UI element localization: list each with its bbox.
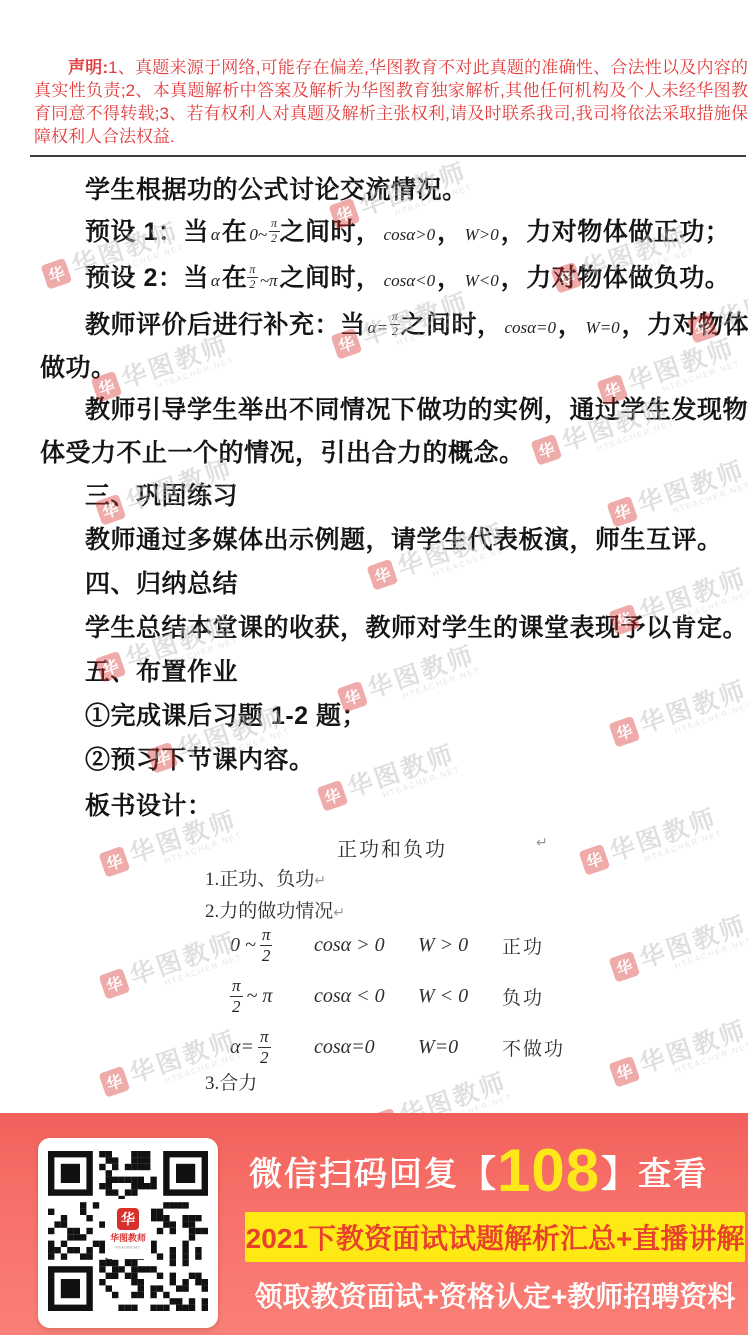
huatu-watermark: 华华图教师HTEACHER.NET	[608, 1018, 748, 1095]
huatu-watermark: 华华图教师HTEACHER.NET	[578, 806, 723, 883]
huatu-logo-icon: 华	[40, 258, 72, 290]
huatu-logo-icon: 华	[608, 951, 640, 983]
body-line: 做功。	[40, 348, 117, 384]
divider-line	[30, 155, 746, 157]
board-item: 2.力的做功情况↵	[205, 896, 345, 923]
wechat-instruction-suffix: 查看	[638, 1148, 708, 1195]
body-line: 预设 1：当α在0~π2之间时，cosα>0，W>0，力对物体做正功；	[85, 212, 730, 248]
body-line: 教师通过多媒体出示例题，请学生代表板演，师生互评。	[85, 520, 723, 556]
body-line: ①完成课后习题 1-2 题；	[85, 696, 367, 732]
huatu-logo-icon: 华	[98, 846, 130, 878]
disclaimer-text: 声明:1、真题来源于网络,可能存在偏差,华图教育不对此真题的准确性、合法性以及内…	[34, 56, 748, 148]
board-math-row: π2~ πcosα < 0W < 0负功	[230, 971, 544, 1021]
huatu-logo-icon: 华	[608, 1056, 640, 1088]
body-line: 四、归纳总结	[85, 564, 238, 600]
huatu-logo-icon: 华	[98, 1066, 130, 1098]
paragraph-mark-icon: ↵	[536, 835, 548, 851]
body-line: 学生根据功的公式讨论交流情况。	[85, 170, 468, 206]
huatu-watermark: 华华图教师HTEACHER.NET	[608, 678, 748, 755]
body-line: ②预习下节课内容。	[85, 740, 315, 776]
banner-text-column: 微信扫码回复 【 108 】 查看 2021下教资面试试题解析汇总+直播讲解 领…	[245, 1113, 747, 1335]
qr-center-logo: 华 华图教师 HTEACHER.NET	[105, 1199, 151, 1259]
promo-line: 领取教资面试+资格认定+教师招聘资料	[245, 1273, 745, 1317]
bracket-close: 】	[601, 1146, 637, 1197]
qr-code: 华 华图教师 HTEACHER.NET	[38, 1138, 218, 1328]
huatu-logo-icon: 华	[578, 844, 610, 876]
body-line: 三、巩固练习	[85, 476, 238, 512]
reply-code: 108	[497, 1141, 600, 1201]
huatu-logo-icon: 华	[608, 716, 640, 748]
huatu-logo-icon: 华	[98, 968, 130, 1000]
footer-banner: 华 华图教师 HTEACHER.NET 微信扫码回复 【 108 】 查看 20…	[0, 1113, 748, 1335]
body-line: 五、布置作业	[85, 652, 238, 688]
paragraph-mark-icon: ↵	[333, 905, 345, 921]
qr-logo-sub: HTEACHER.NET	[116, 1246, 141, 1250]
huatu-logo-icon: 华	[117, 1208, 139, 1230]
body-line: 板书设计：	[85, 786, 213, 822]
board-math-row: α=π2cosα=0W=0不做功	[230, 1022, 565, 1072]
bracket-open: 【	[460, 1146, 496, 1197]
body-line: 教师引导学生举出不同情况下做功的实例，通过学生发现物	[85, 390, 748, 426]
qr-logo-name: 华图教师	[110, 1231, 146, 1244]
huatu-watermark: 华华图教师HTEACHER.NET	[316, 742, 461, 819]
body-line: 预设 2：当α在π2~π之间时，cosα<0，W<0，力对物体做负功。	[85, 258, 730, 294]
board-math-row: 0 ~π2cosα > 0W > 0正功	[230, 920, 544, 970]
body-line: 教师评价后进行补充：当α=π2之间时，cosα=0，W=0，力对物体不	[85, 305, 748, 341]
promo-highlight: 2021下教资面试试题解析汇总+直播讲解	[245, 1212, 745, 1262]
huatu-watermark: 华华图教师HTEACHER.NET	[98, 930, 243, 1007]
disclaimer-body: 1、真题来源于网络,可能存在偏差,华图教育不对此真题的准确性、合法性以及内容的真…	[34, 58, 748, 146]
board-item: 1.正功、负功↵	[205, 864, 326, 891]
disclaimer-label: 声明:	[68, 58, 108, 77]
huatu-logo-icon: 华	[366, 559, 398, 591]
board-item-3: 3.合力	[205, 1068, 257, 1095]
paragraph-mark-icon: ↵	[314, 873, 326, 889]
wechat-instruction-prefix: 微信扫码回复	[249, 1148, 459, 1195]
body-line: 学生总结本堂课的收获，教师对学生的课堂表现予以肯定。	[85, 608, 748, 644]
huatu-watermark: 华华图教师HTEACHER.NET	[608, 913, 748, 990]
document-page: 声明:1、真题来源于网络,可能存在偏差,华图教育不对此真题的准确性、合法性以及内…	[0, 0, 748, 1335]
huatu-logo-icon: 华	[316, 780, 348, 812]
body-line: 体受力不止一个的情况，引出合力的概念。	[40, 433, 525, 469]
huatu-logo-icon: 华	[530, 434, 562, 466]
wechat-instruction: 微信扫码回复 【 108 】 查看	[249, 1141, 708, 1201]
board-title: 正功和负功	[337, 833, 447, 862]
